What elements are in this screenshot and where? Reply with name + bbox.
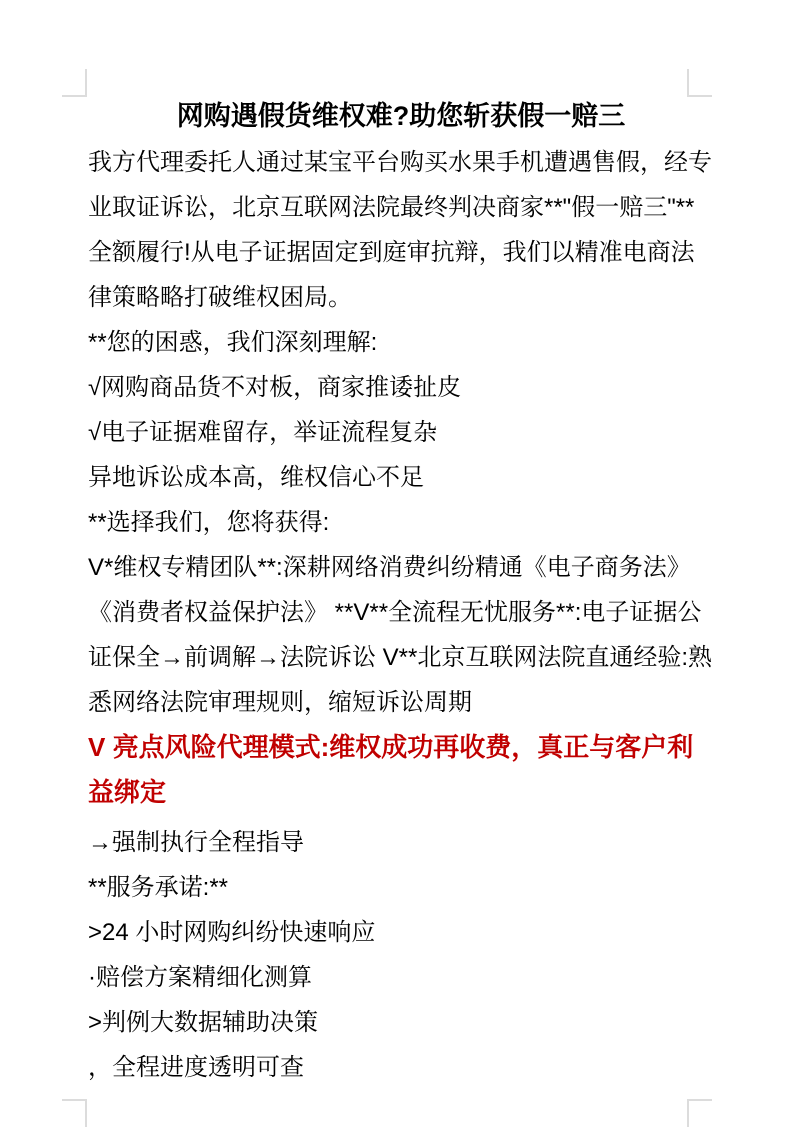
page-title: 网购遇假货维权难?助您斩获假一赔三 [88,92,714,140]
paragraph: 异地诉讼成本高，维权信心不足 [88,455,714,500]
highlight-paragraph: V 亮点风险代理模式:维权成功再收费，真正与客户利益绑定 [88,725,714,815]
paragraph: **选择我们，您将获得: [88,500,714,545]
document-page: 网购遇假货维权难?助您斩获假一赔三 我方代理委托人通过某宝平台购买水果手机遭遇售… [0,0,800,1141]
document-content: 网购遇假货维权难?助您斩获假一赔三 我方代理委托人通过某宝平台购买水果手机遭遇售… [88,92,714,1090]
paragraph-list: 我方代理委托人通过某宝平台购买水果手机遭遇售假，经专业取证诉讼，北京互联网法院最… [88,140,714,1090]
paragraph: ，全程进度透明可查 [88,1045,714,1090]
paragraph: **您的困惑，我们深刻理解: [88,320,714,365]
text-boundary-mark-bottom-left [62,1099,87,1127]
text-boundary-mark-bottom-right [687,1099,712,1127]
paragraph: >24 小时网购纠纷快速响应 [88,910,714,955]
paragraph: **服务承诺:** [88,865,714,910]
paragraph: √网购商品货不对板，商家推诿扯皮 [88,365,714,410]
paragraph: >判例大数据辅助决策 [88,1000,714,1045]
paragraph: ·赔偿方案精细化测算 [88,955,714,1000]
paragraph: V*维权专精团队**:深耕网络消费纠纷精通《电子商务法》《消费者权益保护法》 *… [88,545,714,725]
paragraph: →强制执行全程指导 [88,820,714,865]
paragraph: √电子证据难留存，举证流程复杂 [88,410,714,455]
paragraph: 我方代理委托人通过某宝平台购买水果手机遭遇售假，经专业取证诉讼，北京互联网法院最… [88,140,714,320]
text-boundary-mark-top-left [62,69,87,97]
